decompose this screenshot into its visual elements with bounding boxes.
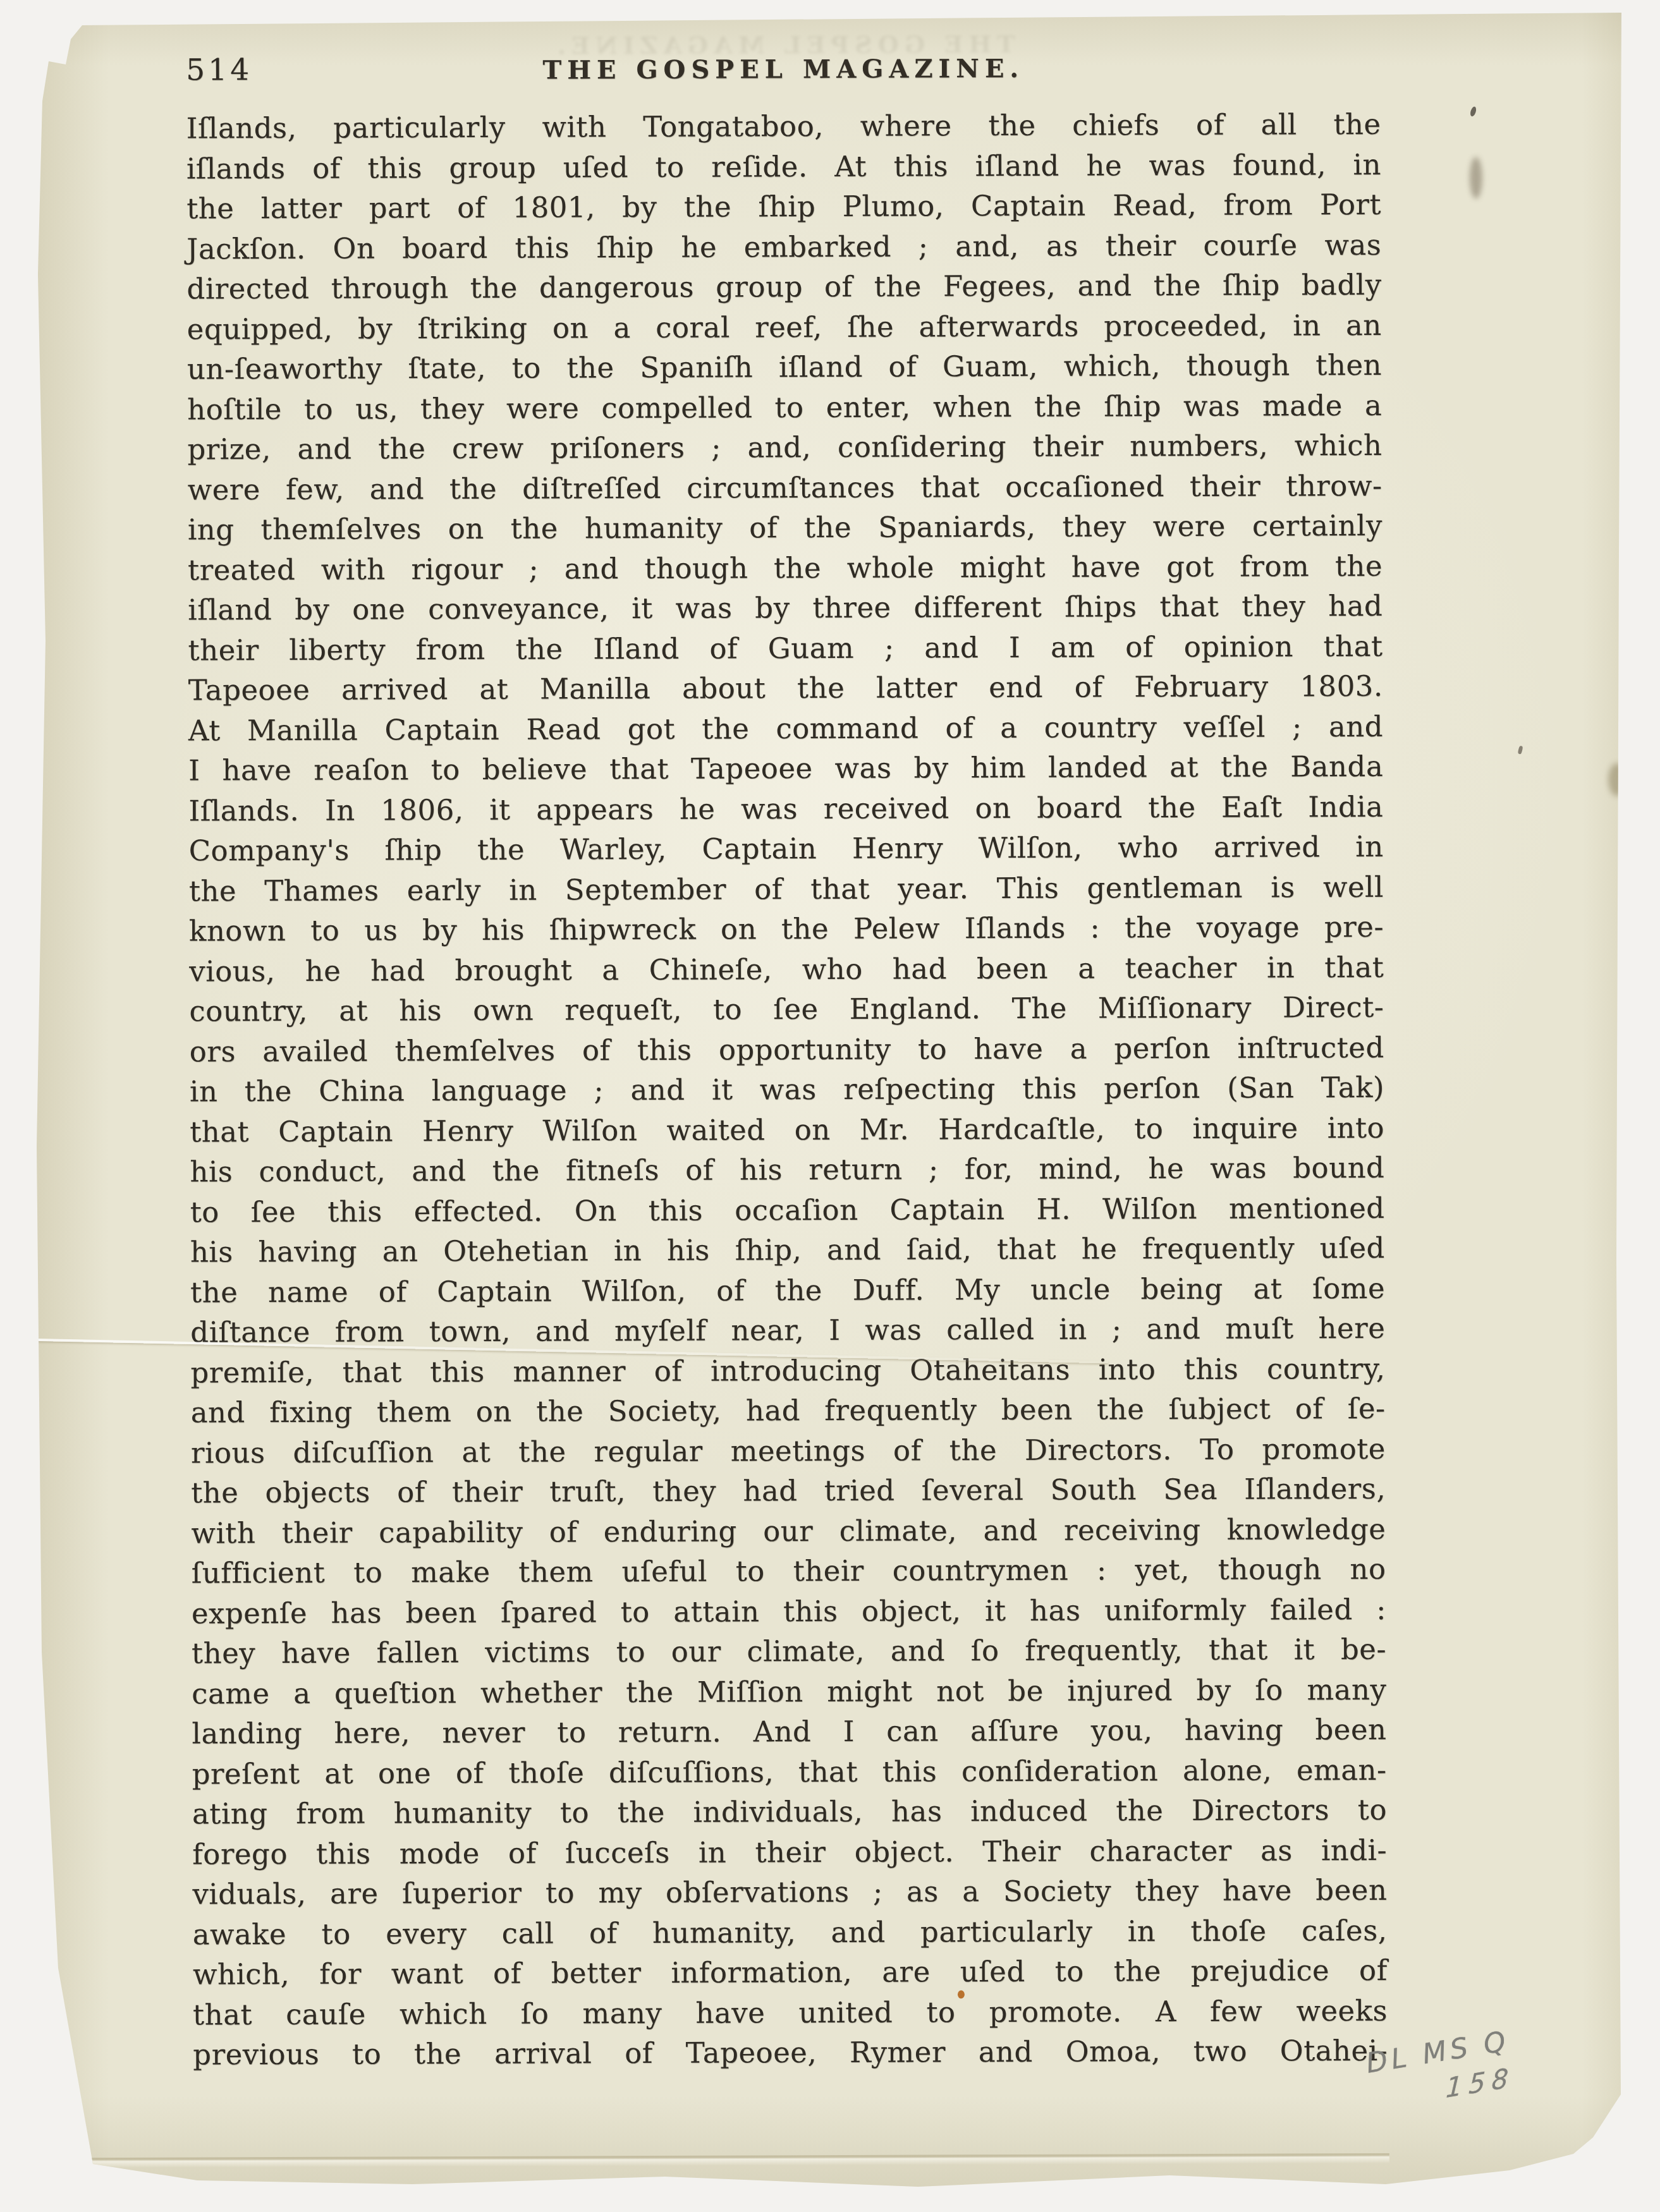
text-line: ing themſelves on the humanity of the Sp… [188, 506, 1382, 550]
text-line: viduals, are ſuperior to my obſervations… [192, 1870, 1387, 1914]
page-number: 514 [186, 52, 252, 87]
printed-area: 514 THE GOSPEL MAGAZINE. THE GOSPEL MAGA… [29, 6, 1630, 2194]
text-line: their liberty from the Iſland of Guam ; … [188, 626, 1382, 670]
page-header: 514 THE GOSPEL MAGAZINE. THE GOSPEL MAGA… [186, 45, 1381, 100]
text-line: directed through the dangerous group of … [186, 265, 1381, 309]
text-line: iſlands of this group uſed to reſide. At… [186, 144, 1381, 188]
margin-stain [1470, 157, 1482, 198]
text-line: with their capability of enduring our cl… [191, 1509, 1386, 1553]
edge-stain [1608, 763, 1626, 796]
text-line: came a queſtion whether the Miſſion migh… [192, 1669, 1386, 1713]
text-line: equipped, by ſtriking on a coral reef, ſ… [187, 305, 1382, 349]
text-line: I have reaſon to believe that Tapeoee wa… [188, 746, 1383, 791]
text-line: Jackſon. On board this ſhip he embarked … [186, 224, 1381, 269]
scanned-page-scene: 514 THE GOSPEL MAGAZINE. THE GOSPEL MAGA… [0, 0, 1660, 2212]
text-line: that cauſe which ſo many have united to … [193, 1990, 1388, 2034]
text-line: preſent at one of thoſe diſcuſſions, tha… [192, 1749, 1387, 1794]
text-line: ating from humanity to the individuals, … [192, 1790, 1387, 1834]
text-line: treated with rigour ; and though the who… [188, 545, 1382, 590]
text-line: Iſlands. In 1806, it appears he was rece… [188, 786, 1383, 830]
text-line: expenſe has been ſpared to attain this o… [192, 1589, 1386, 1633]
body-text: Iſlands, particularly with Tongataboo, w… [186, 104, 1388, 2075]
text-line: the latter part of 1801, by the ſhip Plu… [186, 185, 1381, 229]
text-line: Iſlands, particularly with Tongataboo, w… [186, 104, 1381, 149]
text-line: his having an Otehetian in his ſhip, and… [190, 1228, 1385, 1272]
text-line: they have fallen victims to our climate,… [192, 1629, 1386, 1674]
bottom-fold-edge [75, 2153, 1389, 2168]
ink-speck [1469, 106, 1477, 118]
text-line: to ſee this effected. On this occaſion C… [190, 1188, 1385, 1232]
text-line: ſufficient to make them uſeful to their … [191, 1549, 1386, 1593]
running-title: THE GOSPEL MAGAZINE. [542, 54, 1024, 85]
text-line: Company's ſhip the Warley, Captain Henry… [189, 827, 1384, 871]
text-line: and fixing them on the Society, had freq… [191, 1389, 1386, 1433]
text-line: un-ſeaworthy ſtate, to the Spaniſh iſlan… [187, 345, 1382, 389]
foxing-spot [958, 1990, 965, 1998]
text-line: the objects of their truſt, they had tri… [191, 1469, 1386, 1513]
text-line: his conduct, and the fitneſs of his retu… [190, 1148, 1384, 1192]
text-line: forego this mode of ſucceſs in their obj… [192, 1830, 1387, 1874]
text-line: hoſtile to us, they were compelled to en… [187, 385, 1382, 429]
text-line: iſland by one conveyance, it was by thre… [188, 586, 1382, 630]
text-line: prize, and the crew priſoners ; and, con… [187, 425, 1382, 470]
text-line: ors availed themſelves of this opportuni… [190, 1027, 1384, 1071]
paper-sheet: 514 THE GOSPEL MAGAZINE. THE GOSPEL MAGA… [33, 9, 1626, 2191]
text-line: landing here, never to return. And I can… [192, 1710, 1386, 1754]
text-line: the name of Captain Wilſon, of the Duff.… [190, 1268, 1385, 1312]
text-line: rious diſcuſſion at the regular meetings… [191, 1428, 1386, 1473]
text-line: known to us by his ſhipwreck on the Pele… [189, 907, 1384, 951]
text-line: in the China language ; and it was reſpe… [190, 1067, 1384, 1112]
text-line: the Thames early in September of that ye… [189, 866, 1384, 911]
text-line: which, for want of better information, a… [193, 1950, 1388, 1995]
text-line: awake to every call of humanity, and par… [192, 1910, 1387, 1954]
text-line: Tapeoee arrived at Manilla about the lat… [188, 666, 1383, 710]
text-line: were few, and the diſtreſſed circumſtanc… [188, 465, 1382, 509]
margin-mark [1518, 746, 1523, 755]
text-line: country, at his own requeſt, to ſee Engl… [189, 987, 1384, 1031]
pencil-shelfmark: DL MS Q 158 [1364, 2005, 1637, 2115]
text-line: that Captain Henry Wilſon waited on Mr. … [190, 1107, 1384, 1152]
text-line: vious, he had brought a Chineſe, who had… [189, 947, 1384, 991]
text-line: previous to the arrival of Tapeoee, Ryme… [193, 2031, 1388, 2075]
text-line: At Manilla Captain Read got the command … [188, 706, 1383, 750]
